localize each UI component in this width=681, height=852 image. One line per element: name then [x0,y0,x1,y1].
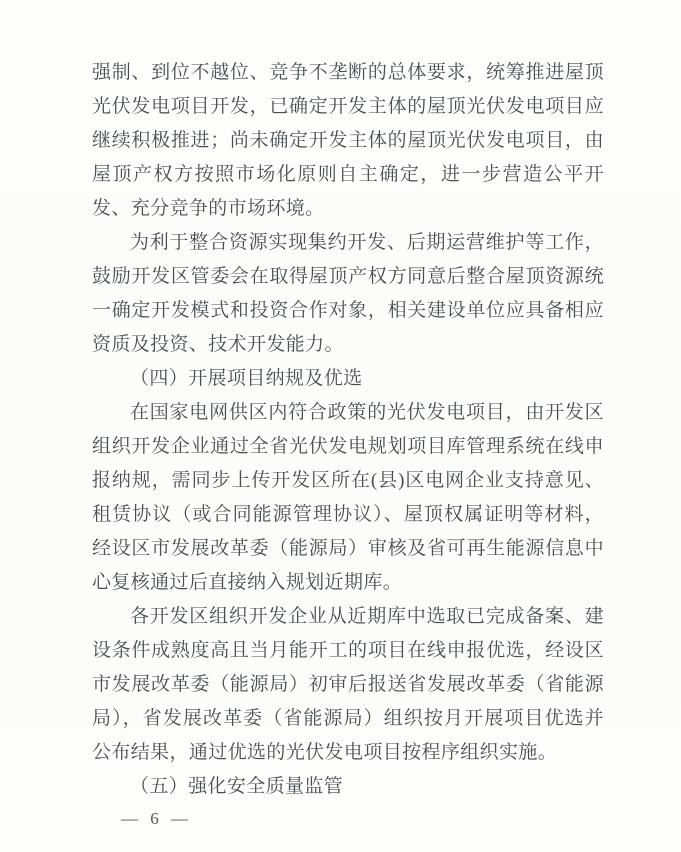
section-heading-4: （四）开展项目纳规及优选 [92,362,604,396]
section-heading-5: （五）强化安全质量监管 [92,770,604,804]
page-number: — 6 — [121,806,192,832]
body-paragraph-resource-integration: 为利于整合资源实现集约开发、后期运营维护等工作，鼓励开发区管委会在取得屋顶产权方… [92,226,604,362]
body-paragraph-project-selection: 各开发区组织开发企业从近期库中选取已完成备案、建设条件成熟度高且当月能开工的项目… [92,600,604,770]
continuation-paragraph: 强制、到位不越位、竞争不垄断的总体要求，统筹推进屋顶光伏发电项目开发，已确定开发… [92,56,604,226]
document-body: 强制、到位不越位、竞争不垄断的总体要求，统筹推进屋顶光伏发电项目开发，已确定开发… [92,56,604,804]
body-paragraph-planning-registration: 在国家电网供区内符合政策的光伏发电项目，由开发区组织开发企业通过全省光伏发电规划… [92,396,604,600]
document-page: 强制、到位不越位、竞争不垄断的总体要求，统筹推进屋顶光伏发电项目开发，已确定开发… [0,0,681,852]
